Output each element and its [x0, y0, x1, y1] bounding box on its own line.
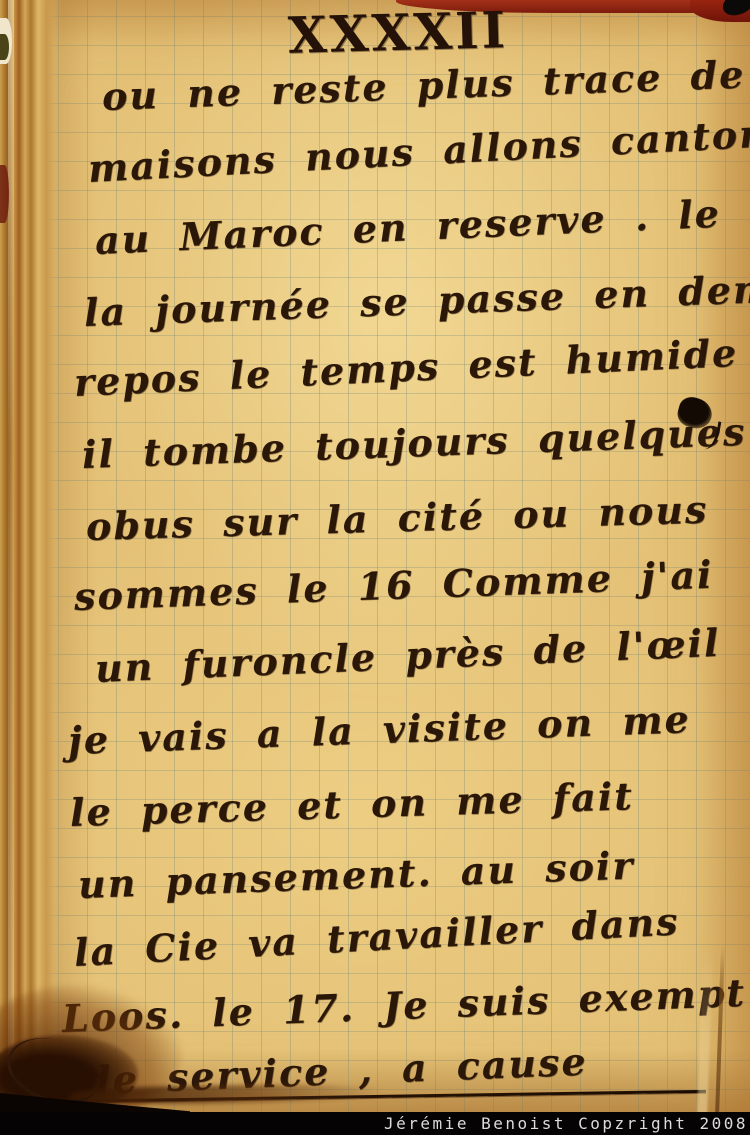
- handwritten-line: maisons nous allons cantonner: [87, 106, 750, 191]
- handwritten-line: je vais a la visite on me: [67, 696, 691, 763]
- handwritten-line: il tombe toujours quelques: [81, 409, 747, 477]
- caption-bar: Jérémie Benoist Copzright 2008: [0, 1112, 750, 1135]
- handwritten-line: un furoncle près de l'œil: [94, 620, 721, 691]
- handwritten-line: sommes le 16 Comme j'ai: [73, 552, 714, 619]
- handwritten-line: le perce et on me fait: [69, 773, 634, 835]
- photo-frame: XXXXII ou ne reste plus trace de maisons…: [0, 0, 750, 1135]
- handwriting-block: XXXXII ou ne reste plus trace de maisons…: [0, 0, 750, 1119]
- page-number-heading: XXXXII: [287, 5, 508, 61]
- handwritten-line: la Cie va travailler dans: [73, 898, 681, 975]
- handwritten-line: un pansement. au soir: [77, 843, 635, 907]
- copyright-text: Jérémie Benoist Copzright 2008: [384, 1114, 750, 1133]
- handwritten-line: repos le temps est humide: [73, 330, 739, 405]
- handwritten-line: la journée se passe en demi: [83, 265, 750, 335]
- handwritten-line: ou ne reste plus trace de: [101, 52, 746, 119]
- notebook-page: XXXXII ou ne reste plus trace de maisons…: [0, 0, 750, 1119]
- handwritten-line: obus sur la cité ou nous: [85, 487, 708, 549]
- handwritten-line: au Maroc en reserve . le 15: [94, 187, 750, 263]
